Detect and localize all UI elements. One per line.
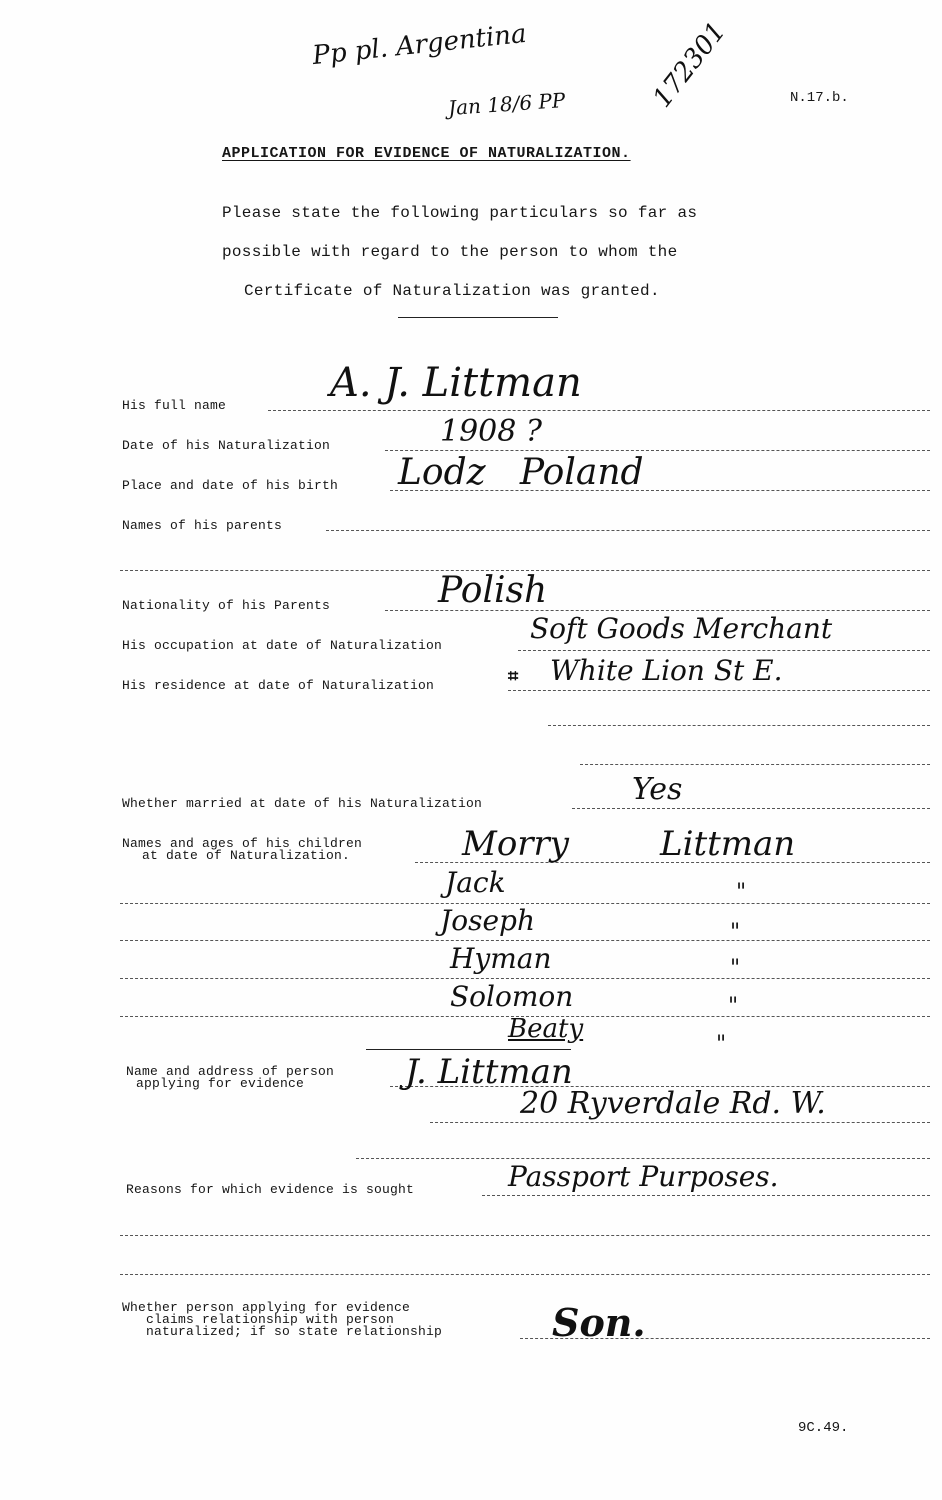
residence-struck-number: ⌗ bbox=[508, 666, 518, 687]
children-surname: Littman bbox=[660, 824, 795, 864]
occupation-label: His occupation at date of Naturalization bbox=[122, 638, 442, 653]
parents-nationality-label: Nationality of his Parents bbox=[122, 598, 330, 613]
married-line bbox=[572, 808, 930, 809]
handwritten-reference-number: 172301 bbox=[647, 17, 732, 114]
form-title: APPLICATION FOR EVIDENCE OF NATURALIZATI… bbox=[222, 145, 631, 162]
applicant-line-2 bbox=[430, 1122, 930, 1123]
residence-line-2 bbox=[548, 725, 930, 726]
children-line-3 bbox=[120, 940, 930, 941]
applicant-line-3 bbox=[356, 1158, 930, 1159]
parents-label: Names of his parents bbox=[122, 518, 282, 533]
relationship-label-line-3: naturalized; if so state relationship bbox=[146, 1324, 442, 1339]
child-6-ditto: " bbox=[716, 1032, 726, 1057]
children-label-line-2: at date of Naturalization. bbox=[142, 848, 350, 863]
child-3-name: Joseph bbox=[440, 904, 535, 937]
child-1-name: Morry bbox=[462, 824, 569, 864]
occupation-value: Soft Goods Merchant bbox=[530, 612, 832, 645]
residence-label: His residence at date of Naturalization bbox=[122, 678, 434, 693]
child-4-name: Hyman bbox=[450, 942, 552, 975]
reasons-line bbox=[482, 1195, 930, 1196]
parents-line bbox=[326, 530, 930, 531]
full-name-value: A. J. Littman bbox=[330, 360, 582, 406]
occupation-line bbox=[518, 650, 930, 651]
applicant-label-line-2: applying for evidence bbox=[136, 1076, 304, 1091]
full-name-line bbox=[268, 410, 930, 411]
child-5-name: Solomon bbox=[450, 980, 573, 1013]
handwritten-note-argentina: Pp pl. Argentina bbox=[311, 19, 528, 71]
children-line-4 bbox=[120, 978, 930, 979]
reasons-line-3 bbox=[120, 1274, 930, 1275]
birth-value: Lodz Poland bbox=[398, 452, 644, 493]
relationship-value: Son. bbox=[552, 1300, 646, 1345]
applicant-address: 20 Ryverdale Rd. W. bbox=[520, 1086, 826, 1121]
reasons-line-2 bbox=[120, 1235, 930, 1236]
married-value: Yes bbox=[632, 772, 682, 807]
reasons-value: Passport Purposes. bbox=[508, 1160, 779, 1193]
birth-label: Place and date of his birth bbox=[122, 478, 338, 493]
child-2-ditto: " bbox=[736, 880, 746, 905]
naturalization-date-line bbox=[385, 450, 930, 451]
full-name-label: His full name bbox=[122, 398, 226, 413]
handwritten-note-date: Jan 18/6 PP bbox=[447, 88, 566, 120]
residence-value: White Lion St E. bbox=[550, 654, 783, 687]
child-3-ditto: " bbox=[730, 920, 740, 945]
naturalization-date-value: 1908 ? bbox=[440, 414, 542, 449]
child-2-name: Jack bbox=[445, 866, 506, 899]
married-label: Whether married at date of his Naturaliz… bbox=[122, 796, 482, 811]
child-6-name: Beaty bbox=[508, 1014, 583, 1044]
intro-line-3: Certificate of Naturalization was grante… bbox=[244, 282, 660, 300]
intro-divider bbox=[398, 317, 558, 318]
intro-line-1: Please state the following particulars s… bbox=[222, 204, 697, 222]
naturalization-application-form: Pp pl. Argentina Jan 18/6 PP 172301 N.17… bbox=[0, 0, 942, 1500]
residence-line bbox=[508, 690, 930, 691]
residence-line-3 bbox=[580, 764, 930, 765]
naturalization-date-label: Date of his Naturalization bbox=[122, 438, 330, 453]
footer-code: 9C.49. bbox=[798, 1420, 848, 1436]
intro-line-2: possible with regard to the person to wh… bbox=[222, 243, 677, 261]
parents-nationality-value: Polish bbox=[438, 570, 547, 611]
form-code: N.17.b. bbox=[790, 90, 849, 106]
children-end-rule bbox=[366, 1049, 571, 1050]
reasons-label: Reasons for which evidence is sought bbox=[126, 1182, 414, 1197]
